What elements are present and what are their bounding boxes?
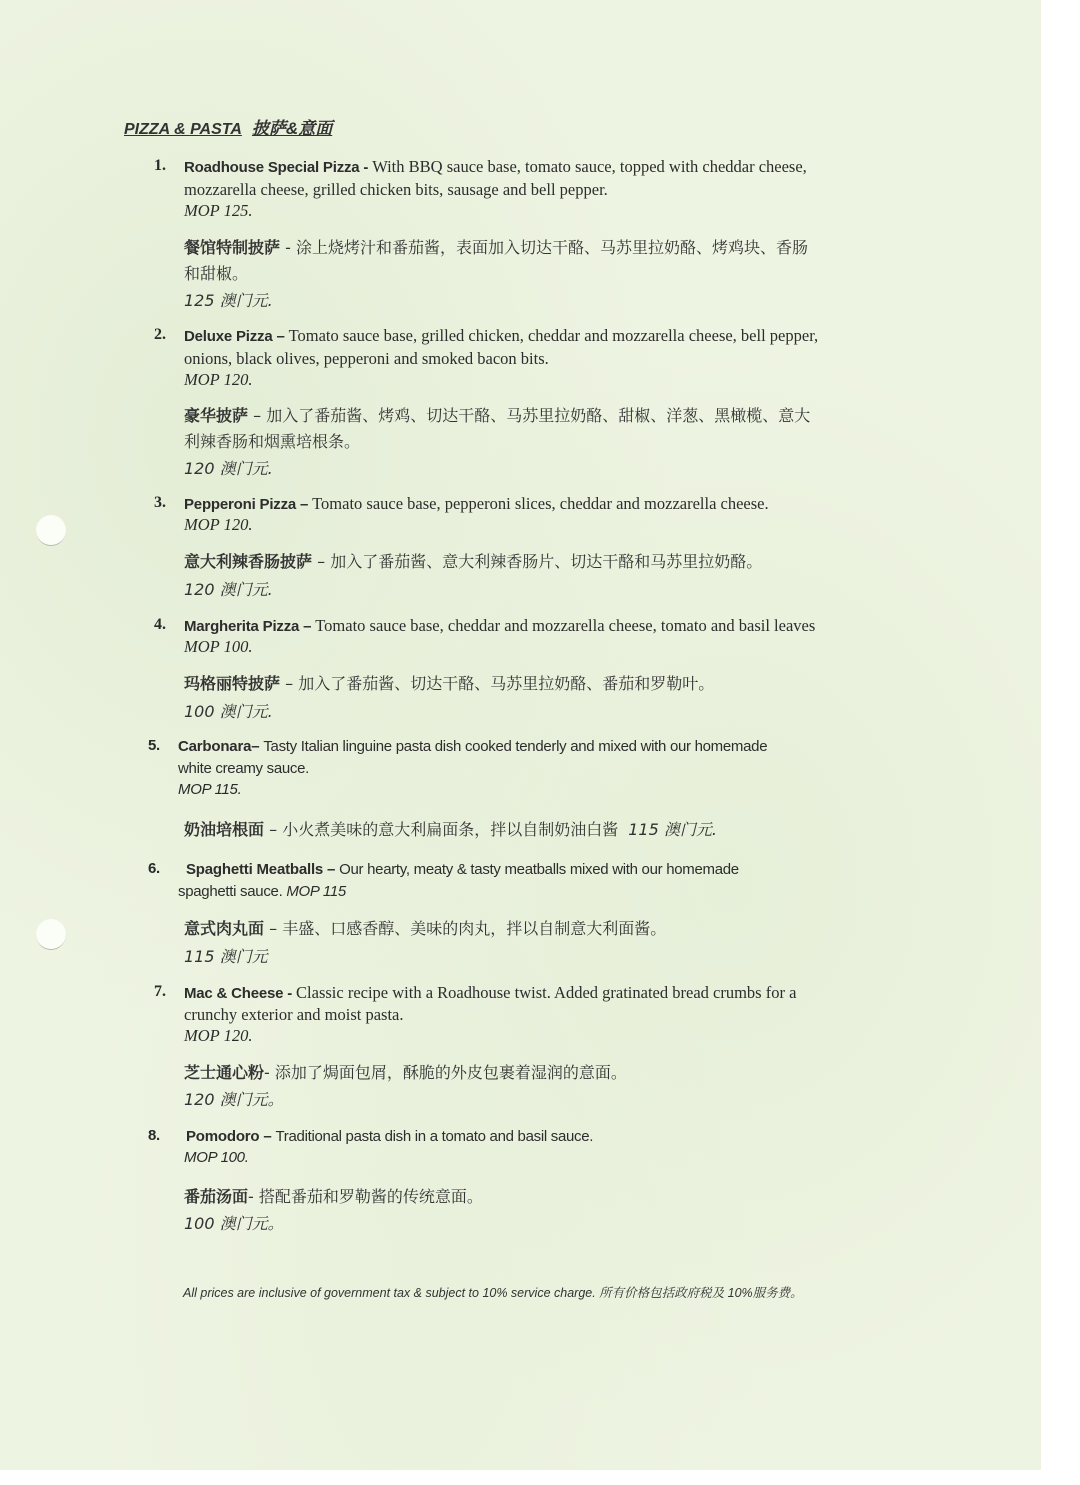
section-heading: PIZZA & PASTA披萨&意面 [124,114,332,139]
item-name-zh: 餐馆特制披萨 [184,238,280,257]
item-desc-line: spaghetti sauce. MOP 115 [178,881,346,903]
item-name: Roadhouse Special Pizza [184,159,359,176]
item-name: Margherita Pizza [184,618,299,635]
item-price-en: MOP 120. [184,370,252,390]
item-name: Deluxe Pizza [184,328,272,345]
item-price-zh: 115 澳门元 [184,944,268,967]
item-desc-line: Our hearty, meaty & tasty meatballs mixe… [339,861,739,878]
item-description: Pepperoni Pizza – Tomato sauce base, pep… [184,493,769,516]
item-separator: – [323,861,339,878]
item-desc-line: mozzarella cheese, grilled chicken bits,… [184,179,608,201]
item-description-zh: 意大利辣香肠披萨 – 加入了番茄酱、意大利辣香肠片、切达干酪和马苏里拉奶酪。 [184,549,762,574]
item-desc-line: With BBQ sauce base, tomato sauce, toppe… [372,157,807,176]
item-name-zh: 意式肉丸面 [184,919,264,938]
item-description-zh: 餐馆特制披萨 - 涂上烧烤汁和番茄酱，表面加入切达干酪、马苏里拉奶酪、烤鸡块、香… [184,235,808,260]
item-desc-zh-line: 小火煮美味的意大利扁面条，拌以自制奶油白酱 [282,820,618,839]
item-desc-zh-line: 丰盛、口感香醇、美味的肉丸，拌以自制意大利面酱。 [282,919,666,938]
item-separator-zh: – [264,820,282,839]
footer-note: All prices are inclusive of government t… [183,1283,803,1301]
item-description: Mac & Cheese - Classic recipe with a Roa… [184,982,796,1005]
punch-hole [36,919,66,950]
item-description-zh: 豪华披萨 – 加入了番茄酱、烤鸡、切达干酪、马苏里拉奶酪、甜椒、洋葱、黑橄榄、意… [184,403,810,428]
item-price-zh: 115 澳门元. [628,820,717,839]
item-price-zh: 120 澳门元. [184,577,273,600]
item-price-zh: 120 澳门元。 [184,1087,284,1110]
item-desc-line: Tomato sauce base, cheddar and mozzarell… [315,616,815,635]
item-price-en: MOP 125. [184,201,252,221]
item-price-en: MOP 120. [184,515,252,535]
item-separator: - [359,159,372,176]
item-desc-zh-line: 涂上烧烤汁和番茄酱，表面加入切达干酪、马苏里拉奶酪、烤鸡块、香肠 [296,238,808,257]
item-price-en: MOP 120. [184,1026,252,1046]
item-desc-line: Traditional pasta dish in a tomato and b… [275,1128,593,1145]
item-description: Margherita Pizza – Tomato sauce base, ch… [184,615,815,638]
item-name: Pomodoro [186,1128,259,1145]
item-description: Pomodoro – Traditional pasta dish in a t… [186,1126,593,1148]
item-number: 1. [154,157,166,175]
item-name-zh: 玛格丽特披萨 [184,674,280,693]
item-separator-zh: – [248,406,266,425]
item-separator: – [272,328,288,345]
item-description-zh: 番茄汤面- 搭配番茄和罗勒酱的传统意面。 [184,1184,483,1209]
section-title-en: PIZZA & PASTA [124,121,242,138]
item-description: Spaghetti Meatballs – Our hearty, meaty … [186,859,739,881]
item-name-zh: 芝士通心粉 [184,1063,264,1082]
item-separator-zh: – [264,919,282,938]
item-number: 2. [154,326,166,344]
item-price-en: MOP 100. [184,637,252,657]
item-name-zh: 番茄汤面 [184,1187,248,1206]
item-price-en: MOP 100. [184,1149,249,1166]
item-description-zh: 玛格丽特披萨 – 加入了番茄酱、切达干酪、马苏里拉奶酪、番茄和罗勒叶。 [184,671,714,696]
item-separator: – [259,1128,275,1145]
item-name: Carbonara [178,738,251,755]
item-desc-zh-line: 加入了番茄酱、烤鸡、切达干酪、马苏里拉奶酪、甜椒、洋葱、黑橄榄、意大 [266,406,810,425]
item-number: 4. [154,616,166,634]
item-number: 7. [154,983,166,1001]
item-desc-line: Tomato sauce base, pepperoni slices, che… [312,494,769,513]
item-number: 5. [148,737,160,754]
item-separator: – [296,496,312,513]
item-desc-line: spaghetti sauce. [178,883,282,900]
item-name: Spaghetti Meatballs [186,861,323,878]
item-description: Roadhouse Special Pizza - With BBQ sauce… [184,156,807,179]
item-separator: - [283,985,296,1002]
punch-hole [36,515,66,546]
item-desc-line: Tomato sauce base, grilled chicken, ched… [289,326,819,345]
item-desc-line: white creamy sauce. [178,758,309,780]
item-price-zh: 120 澳门元. [184,456,273,479]
item-desc-zh-line: 加入了番茄酱、切达干酪、马苏里拉奶酪、番茄和罗勒叶。 [298,674,714,693]
item-description-zh: 芝士通心粉- 添加了焗面包屑，酥脆的外皮包裹着湿润的意面。 [184,1060,627,1085]
item-number: 8. [148,1127,160,1144]
item-number: 3. [154,494,166,512]
item-desc-line: Classic recipe with a Roadhouse twist. A… [296,983,796,1002]
item-name: Mac & Cheese [184,985,283,1002]
item-price-zh: 125 澳门元. [184,288,273,311]
item-description: Deluxe Pizza – Tomato sauce base, grille… [184,325,818,348]
item-separator-zh: - [264,1063,275,1082]
item-price-zh: 100 澳门元。 [184,1211,284,1234]
item-number: 6. [148,860,160,877]
section-title-zh: 披萨&意面 [252,119,332,138]
item-name: Pepperoni Pizza [184,496,296,513]
item-name-zh: 意大利辣香肠披萨 [184,552,312,571]
item-description-zh: 奶油培根面 – 小火煮美味的意大利扁面条，拌以自制奶油白酱115 澳门元. [184,817,717,842]
item-desc-zh-line: 加入了番茄酱、意大利辣香肠片、切达干酪和马苏里拉奶酪。 [330,552,762,571]
item-separator-zh: - [280,238,296,257]
item-desc-zh-line: 和甜椒。 [184,261,248,286]
item-separator: – [299,618,315,635]
item-desc-zh-line: 搭配番茄和罗勒酱的传统意面。 [259,1187,483,1206]
item-name-zh: 奶油培根面 [184,820,264,839]
item-separator-zh: - [248,1187,259,1206]
item-price-zh: 100 澳门元. [184,699,273,722]
item-separator-zh: – [280,674,298,693]
item-name-zh: 豪华披萨 [184,406,248,425]
item-description-zh: 意式肉丸面 – 丰盛、口感香醇、美味的肉丸，拌以自制意大利面酱。 [184,916,666,941]
menu-page: PIZZA & PASTA披萨&意面 1. Roadhouse Special … [0,0,1041,1470]
item-desc-zh-line: 利辣香肠和烟熏培根条。 [184,429,360,454]
item-separator: – [251,738,263,755]
item-description: Carbonara– Tasty Italian linguine pasta … [178,736,767,758]
item-desc-line: crunchy exterior and moist pasta. [184,1004,403,1026]
item-desc-line: Tasty Italian linguine pasta dish cooked… [263,738,767,755]
item-separator-zh: – [312,552,330,571]
item-price-en: MOP 115. [178,781,241,798]
item-desc-line: onions, black olives, pepperoni and smok… [184,348,549,370]
item-desc-zh-line: 添加了焗面包屑，酥脆的外皮包裹着湿润的意面。 [275,1063,627,1082]
item-price-en: MOP 115 [286,883,346,900]
